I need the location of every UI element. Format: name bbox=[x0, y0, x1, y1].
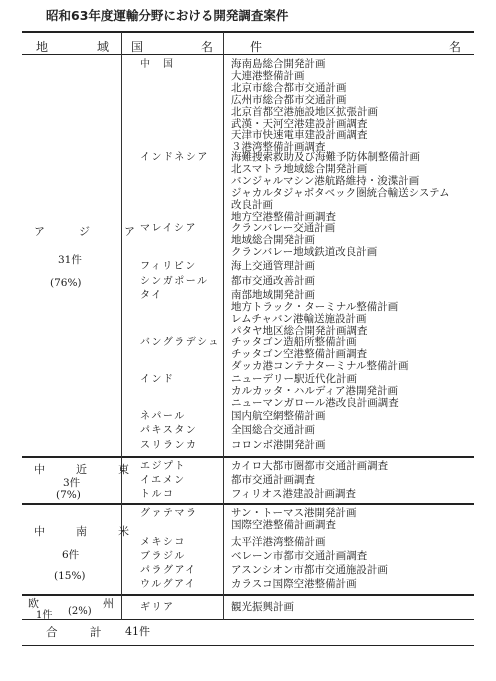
document-title: 昭和63年度運輸分野における開発調査案件 bbox=[46, 6, 288, 24]
projects-yemen: 都市交通計画調査 bbox=[231, 475, 315, 487]
projects-china: 海南島総合開発計画 大連港整備計画 北京市総合都市交通計画 広州市総合都市交通計… bbox=[231, 59, 378, 154]
projects-singapore: 都市交通改善計画 bbox=[231, 276, 315, 288]
country-philippines: フィリピン bbox=[140, 261, 197, 273]
region-count-middle-east: 3件 bbox=[63, 475, 80, 490]
region-share-latin-america: (15%) bbox=[54, 570, 86, 582]
section-rule-latin-america bbox=[22, 503, 474, 505]
projects-turkey: フィリオス港建設計画調査 bbox=[231, 489, 356, 501]
project: 海上交通管理計画 bbox=[231, 261, 315, 273]
projects-egypt: カイロ大都市圏都市交通計画調査 bbox=[231, 461, 388, 473]
country-turkey: トルコ bbox=[140, 489, 175, 501]
country-india: インド bbox=[140, 374, 175, 386]
projects-pakistan: 全国総合交通計画 bbox=[231, 425, 315, 437]
total-label-1: 合 bbox=[46, 626, 58, 638]
project: 太平洋港湾整備計画 bbox=[231, 537, 326, 549]
country-pakistan: パキスタン bbox=[140, 425, 197, 437]
country-thailand: タイ bbox=[140, 290, 163, 302]
project: カラスコ国際空港整備計画 bbox=[231, 579, 357, 591]
country-uruguay: ウルグアイ bbox=[140, 579, 196, 591]
header-country-2: 名 bbox=[201, 38, 213, 55]
projects-indonesia: 海難捜索救助及び海難予防体制整備計画 北スマトラ地域総合開発計画 バンジャルマシ… bbox=[231, 152, 450, 223]
project: レムチャバン港輸送施設計画 bbox=[231, 314, 398, 326]
country-bangladesh: バングラデシュ bbox=[140, 337, 220, 349]
projects-guatemala: サン・トーマス港開発計画 国際空港整備計画調査 bbox=[231, 508, 356, 532]
country-nepal: ネパール bbox=[140, 411, 186, 423]
country-guatemala: グァテマラ bbox=[140, 508, 198, 520]
total-label-2: 計 bbox=[90, 626, 102, 638]
project: 都市交通計画調査 bbox=[231, 475, 315, 487]
project: 都市交通改善計画 bbox=[231, 276, 315, 288]
project: フィリオス港建設計画調査 bbox=[231, 489, 356, 501]
project: 全国総合交通計画 bbox=[231, 425, 315, 437]
project: 国際空港整備計画調査 bbox=[231, 520, 356, 532]
project: バンジャルマシン港航路維持・浚渫計画 bbox=[231, 176, 450, 188]
section-rule-total bbox=[22, 619, 474, 620]
country-malaysia: マレイシア bbox=[140, 223, 197, 235]
project: ジャカルタジャボタベック圏統合輸送システム bbox=[231, 188, 450, 200]
header-project-2: 名 bbox=[449, 38, 461, 55]
projects-sri-lanka: コロンボ港開発計画 bbox=[231, 440, 326, 452]
country-brazil: ブラジル bbox=[140, 551, 186, 563]
region-name-middle-east: 中 近 東 bbox=[34, 461, 132, 477]
project: 北京市総合都市交通計画 bbox=[231, 83, 378, 95]
project: クランバレー地域鉄道改良計画 bbox=[231, 247, 377, 259]
header-bottom-rule bbox=[22, 54, 474, 55]
region-name-latin-america: 中 南 米 bbox=[34, 523, 132, 539]
total-value: 41件 bbox=[125, 626, 150, 638]
projects-paraguay: アスンシオン市都市交通施設計画 bbox=[231, 565, 388, 577]
region-count-latin-america: 6件 bbox=[62, 547, 79, 562]
header-project-1: 件 bbox=[250, 38, 262, 55]
projects-greece: 観光振興計画 bbox=[231, 602, 294, 614]
region-count-europe: 1件 bbox=[36, 606, 52, 621]
region-share-asia: (76%) bbox=[50, 277, 82, 289]
section-rule-middle-east bbox=[22, 456, 474, 458]
project: ニューマンガロール港改良計画調査 bbox=[231, 398, 399, 410]
table-bottom-rule bbox=[22, 645, 474, 646]
project: アスンシオン市都市交通施設計画 bbox=[231, 565, 388, 577]
project: コロンボ港開発計画 bbox=[231, 440, 326, 452]
country-singapore: シンガポール bbox=[140, 276, 209, 288]
projects-nepal: 国内航空網整備計画 bbox=[231, 411, 326, 423]
projects-brazil: ベレーン市都市交通計画調査 bbox=[231, 551, 367, 563]
projects-thailand: 南部地域開発計画 地方トラック・ターミナル整備計画 レムチャバン港輸送施設計画 … bbox=[231, 290, 398, 338]
country-yemen: イエメン bbox=[140, 475, 186, 487]
projects-philippines: 海上交通管理計画 bbox=[231, 261, 315, 273]
country-china: 中 国 bbox=[140, 59, 175, 71]
project: 国内航空網整備計画 bbox=[231, 411, 326, 423]
project: ダッカ港コンテナターミナル整備計画 bbox=[231, 361, 408, 373]
region-share-middle-east: (7%) bbox=[56, 489, 81, 501]
column-divider-country bbox=[223, 32, 224, 620]
project: ベレーン市都市交通計画調査 bbox=[231, 551, 367, 563]
project: 改良計画 bbox=[231, 200, 450, 212]
project: 観光振興計画 bbox=[231, 602, 294, 614]
project: カイロ大都市圏都市交通計画調査 bbox=[231, 461, 388, 473]
projects-uruguay: カラスコ国際空港整備計画 bbox=[231, 579, 357, 591]
country-egypt: エジプト bbox=[140, 461, 186, 473]
header-country-1: 国 bbox=[131, 38, 143, 55]
projects-malaysia: クランバレー交通計画 地域総合開発計画 クランバレー地域鉄道改良計画 bbox=[231, 223, 377, 259]
document-page: 昭和63年度運輸分野における開発調査案件 地 域 国 名 件 名 ア ジ ア 3… bbox=[0, 0, 496, 681]
table-top-rule bbox=[22, 31, 474, 33]
projects-bangladesh: チッタゴン造船所整備計画 チッタゴン空港整備計画調査 ダッカ港コンテナターミナル… bbox=[231, 337, 408, 373]
header-region-2: 域 bbox=[97, 38, 109, 55]
country-mexico: メキシコ bbox=[140, 537, 186, 549]
region-share-europe: (2%) bbox=[68, 606, 92, 617]
project: 広州市総合都市交通計画 bbox=[231, 95, 378, 107]
projects-mexico: 太平洋港湾整備計画 bbox=[231, 537, 326, 549]
country-paraguay: パラグアイ bbox=[140, 565, 197, 577]
region-count-asia: 31件 bbox=[58, 252, 82, 267]
country-greece: ギリア bbox=[140, 602, 175, 614]
country-sri-lanka: スリランカ bbox=[140, 440, 198, 452]
region-name-asia: ア ジ ア bbox=[34, 223, 139, 239]
header-region-1: 地 bbox=[36, 38, 48, 55]
projects-india: ニューデリー駅近代化計画 カルカッタ・ハルディア港開発計画 ニューマンガロール港… bbox=[231, 374, 399, 410]
project: 北京首都空港施設地区拡張計画 bbox=[231, 107, 378, 119]
country-indonesia: インドネシア bbox=[140, 152, 209, 164]
